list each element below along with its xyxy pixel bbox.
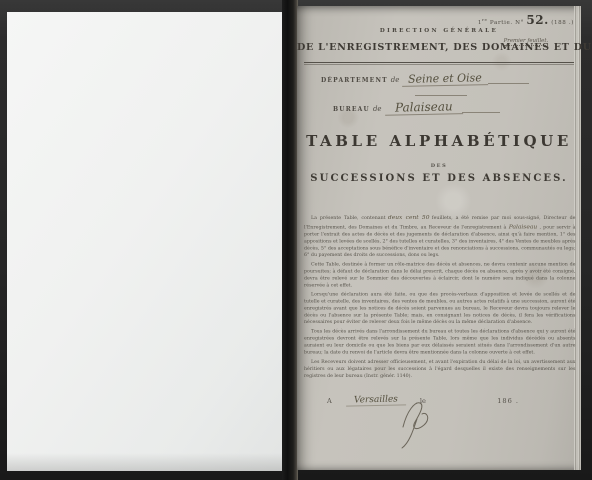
receveur-bureau-handwritten: Palaiseau (506, 223, 539, 230)
bureau-value-handwritten: Palaiseau (384, 99, 462, 116)
document-page: 1re Partie. N° 52. (188 .) Premier feuil… (297, 6, 581, 470)
departement-value-handwritten: Seine et Oise (402, 71, 488, 87)
departement-de: de (388, 76, 403, 86)
part-number-line: 1re Partie. N° 52. (188 .) (478, 13, 574, 27)
administration-subtitle: DE L'ENREGISTREMENT, DES DOMAINES ET DU … (297, 42, 581, 53)
paragraph-2: Cette Table, destinée à former un rôle-m… (304, 262, 575, 290)
document-title: TABLE ALPHABÉTIQUE (297, 132, 581, 150)
paragraph-1: La présente Table, contenantdeux cent 50… (304, 213, 575, 259)
blank-facing-page (7, 12, 282, 471)
scanned-register-cover: 1re Partie. N° 52. (188 .) Premier feuil… (0, 0, 592, 480)
footer-year: 186 . (497, 397, 519, 406)
blank-center-line (415, 95, 467, 96)
administration-name: DIRECTION GÉNÉRALE (297, 28, 581, 34)
instructions-text: La présente Table, contenantdeux cent 50… (304, 213, 575, 382)
departement-underline (488, 82, 529, 84)
field-bureau: Bureau de Palaiseau (333, 100, 500, 115)
departement-label: Département (321, 77, 388, 86)
bureau-underline (462, 111, 500, 113)
paragraph-5: Les Receveurs doivent adresser officieus… (304, 359, 575, 380)
form-number: 52. (526, 13, 548, 27)
document-title-des: DES (297, 163, 581, 169)
paragraph-4: Tous les décès arrivés dans l'arrondisse… (304, 329, 575, 357)
document-subtitle: SUCCESSIONS ET DES ABSENCES. (297, 173, 581, 184)
signature-flourish (393, 399, 439, 451)
book-binding-gutter (282, 0, 298, 480)
bureau-de: de (370, 105, 385, 115)
bureau-label: Bureau (333, 106, 370, 115)
footer-a: A (327, 397, 332, 406)
feuillets-count-handwritten: deux cent 50 (386, 214, 432, 221)
field-departement: Département de Seine et Oise (321, 72, 529, 86)
header-rule (304, 62, 574, 66)
paragraph-3: Lorsqu'une déclaration aura été faite, o… (304, 292, 575, 327)
date-place-line: A Versailles , le 186 . (327, 395, 553, 406)
